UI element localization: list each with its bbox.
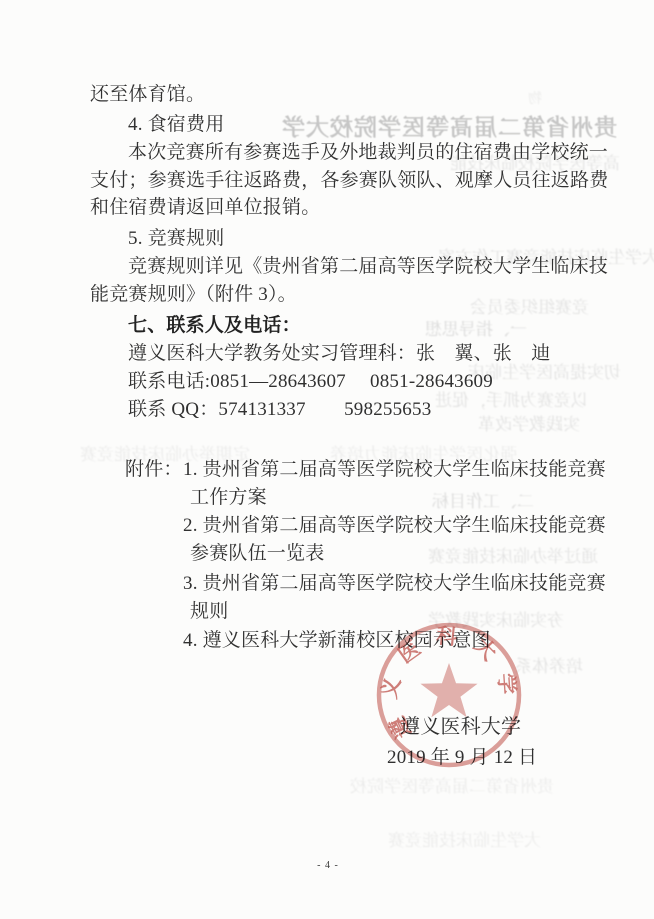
- section-5-heading: 5. 竞赛规则: [128, 228, 224, 250]
- contact-phone-line: 联系电话:0851—28643607 0851-28643609: [128, 371, 493, 393]
- body-line: 支付；参赛选手往返路费，各参赛队领队、观摩人员往返路费: [90, 170, 608, 192]
- page-number: - 4 -: [298, 860, 358, 871]
- attachment-item-line: 3. 贵州省第二届高等医学院校大学生临床技能竞赛: [183, 573, 606, 595]
- body-line: 能竞赛规则》（附件 3）。: [90, 284, 297, 306]
- attachment-item-line: 规则: [190, 601, 228, 623]
- bleed-through-line: 贵州省第二届高等医学院校: [350, 772, 554, 797]
- section-4-heading: 4. 食宿费用: [128, 114, 224, 136]
- contact-qq-line: 联系 QQ：574131337 598255653: [128, 399, 431, 421]
- official-seal: 遵义医科大学: [369, 615, 529, 775]
- bleed-through-line: 物: [528, 88, 542, 108]
- bleed-through-line: 一、指导思想: [425, 315, 527, 340]
- attachment-item-line: 1. 贵州省第二届高等医学院校大学生临床技能竞赛: [183, 459, 606, 481]
- attachments-label: 附件：: [125, 459, 183, 481]
- attachment-item-line: 工作方案: [190, 487, 267, 509]
- attachment-item-line: 参赛队伍一览表: [190, 543, 324, 565]
- contact-names-line: 遵义医科大学教务处实习管理科：张 翼、张 迪: [128, 343, 550, 365]
- star-icon: [420, 663, 477, 717]
- bleed-through-line: 竞赛组织委员会: [470, 293, 589, 318]
- bleed-through-line: 通过举办临床技能竞赛: [428, 542, 598, 567]
- body-line: 本次竞赛所有参赛选手及外地裁判员的住宿费由学校统一: [128, 142, 608, 164]
- body-line: 竞赛规则详见《贵州省第二届高等医学院校大学生临床技: [128, 256, 608, 278]
- body-line: 和住宿费请返回单位报销。: [90, 197, 320, 219]
- scanned-document-page: 物 贵州省第二届高等医学院校大学 高等医学院校临床技能 大学生临床技能竞赛工作方…: [0, 0, 654, 919]
- attachment-item-line: 2. 贵州省第二届高等医学院校大学生临床技能竞赛: [183, 515, 606, 537]
- bleed-through-line: 大学生临床技能竞赛: [388, 826, 541, 851]
- bleed-through-line: 实践教学改革: [478, 410, 580, 435]
- bleed-through-line: 二、工作目标: [432, 487, 534, 512]
- body-line: 还至体育馆。: [90, 84, 205, 106]
- section-7-heading: 七、联系人及电话：: [128, 315, 301, 337]
- bleed-through-heading: 贵州省第二届高等医学院校大学: [281, 109, 617, 142]
